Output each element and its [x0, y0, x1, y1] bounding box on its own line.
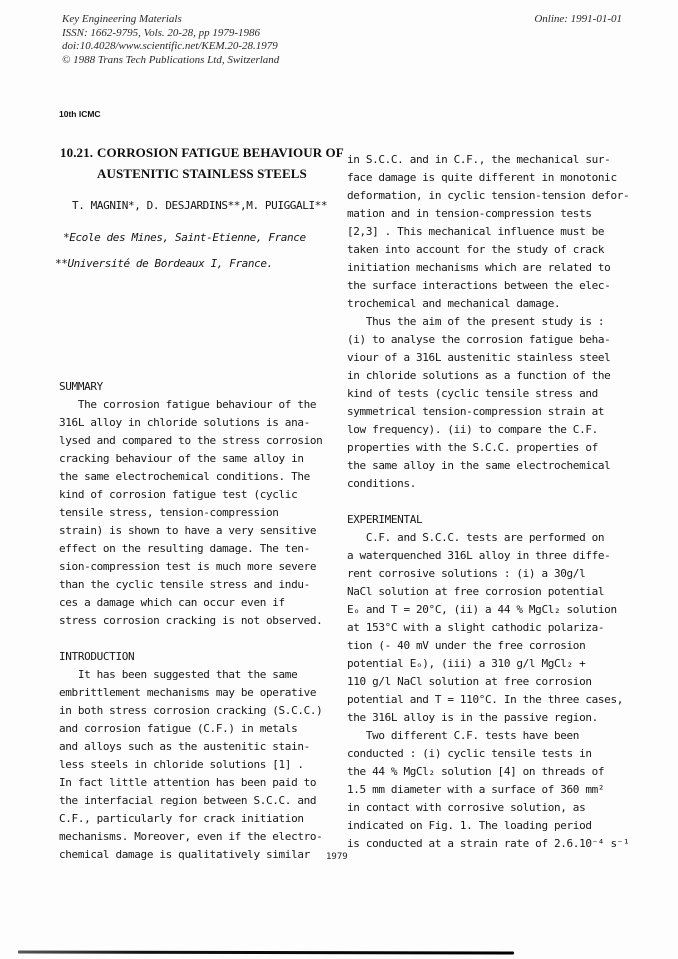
online-date: Online: 1991-01-01: [534, 13, 622, 25]
section-number: 10.21.: [60, 143, 97, 164]
authors-line: T. MAGNIN*, D. DESJARDINS**,M. PUIGGALI*…: [72, 199, 327, 212]
conference-label: 10th ICMC: [59, 109, 101, 119]
copyright-line: © 1988 Trans Tech Publications Ltd, Swit…: [62, 54, 279, 68]
paper-page: Key Engineering Materials ISSN: 1662-979…: [0, 0, 678, 959]
journal-header: Key Engineering Materials ISSN: 1662-979…: [62, 13, 279, 67]
doi-line: doi:10.4028/www.scientific.net/KEM.20-28…: [62, 40, 279, 54]
journal-name: Key Engineering Materials: [62, 13, 279, 27]
scan-artifact-line: [18, 950, 514, 954]
right-column-text: in S.C.C. and in C.F., the mechanical su…: [347, 151, 647, 853]
paper-title: 10.21.CORROSION FATIGUE BEHAVIOUR OF AUS…: [60, 143, 344, 184]
left-column-text: SUMMARY The corrosion fatigue behaviour …: [59, 378, 351, 864]
affiliation-1: *Ecole des Mines, Saint-Etienne, France: [63, 231, 306, 244]
affiliation-2: **Université de Bordeaux I, France.: [55, 257, 273, 270]
paper-title-line2: AUSTENITIC STAINLESS STEELS: [97, 164, 344, 185]
issn-line: ISSN: 1662-9795, Vols. 20-28, pp 1979-19…: [62, 27, 279, 41]
page-number: 1979: [326, 852, 348, 862]
paper-title-line1: CORROSION FATIGUE BEHAVIOUR OF: [97, 145, 344, 160]
